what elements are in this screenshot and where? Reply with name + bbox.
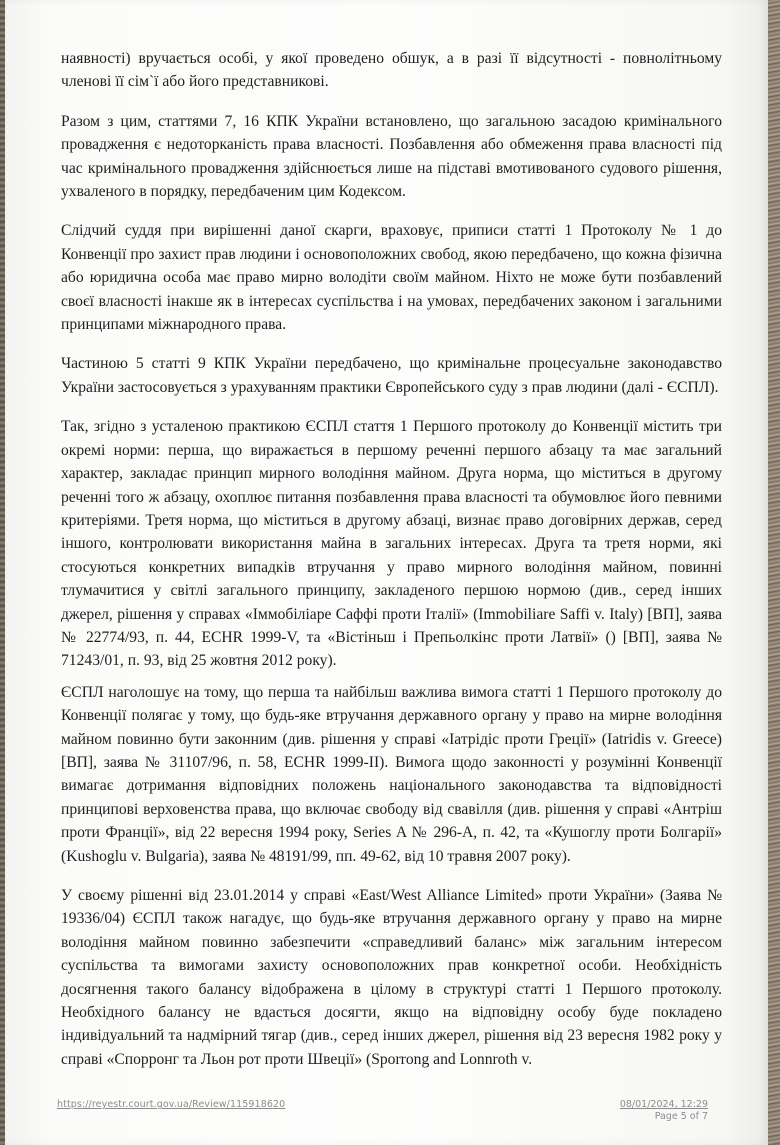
paragraph-echr-practice: Частиною 5 статті 9 КПК України передбач…: [61, 352, 722, 399]
footer-meta: 08/01/2024, 12:29 Page 5 of 7: [620, 1099, 708, 1123]
paragraph-protocol-1-convention: Слідчий суддя при вирішенні даної скарги…: [61, 219, 722, 336]
paragraph-fair-balance: У своєму рішенні від 23.01.2014 у справі…: [61, 884, 722, 1071]
footer-timestamp: 08/01/2024, 12:29: [620, 1099, 708, 1111]
paragraph-property-inviolability: Разом з цим, статтями 7, 16 КПК України …: [61, 110, 722, 204]
paragraph-search-protocol-delivery: наявності) вручається особі, у якої пров…: [61, 47, 722, 94]
document-body: наявності) вручається особі, у якої пров…: [61, 47, 722, 1087]
document-page: наявності) вручається особі, у якої пров…: [5, 0, 768, 1145]
paragraph-three-norms: Так, згідно з усталеною практикою ЄСПЛ с…: [61, 415, 722, 672]
desk-background-right: [766, 0, 780, 1145]
footer-source-link[interactable]: https://reyestr.court.gov.ua/Review/1159…: [57, 1099, 285, 1110]
footer-page-number: Page 5 of 7: [620, 1111, 708, 1123]
paragraph-lawfulness-requirement: ЄСПЛ наголошує на тому, що перша та найб…: [61, 681, 722, 868]
